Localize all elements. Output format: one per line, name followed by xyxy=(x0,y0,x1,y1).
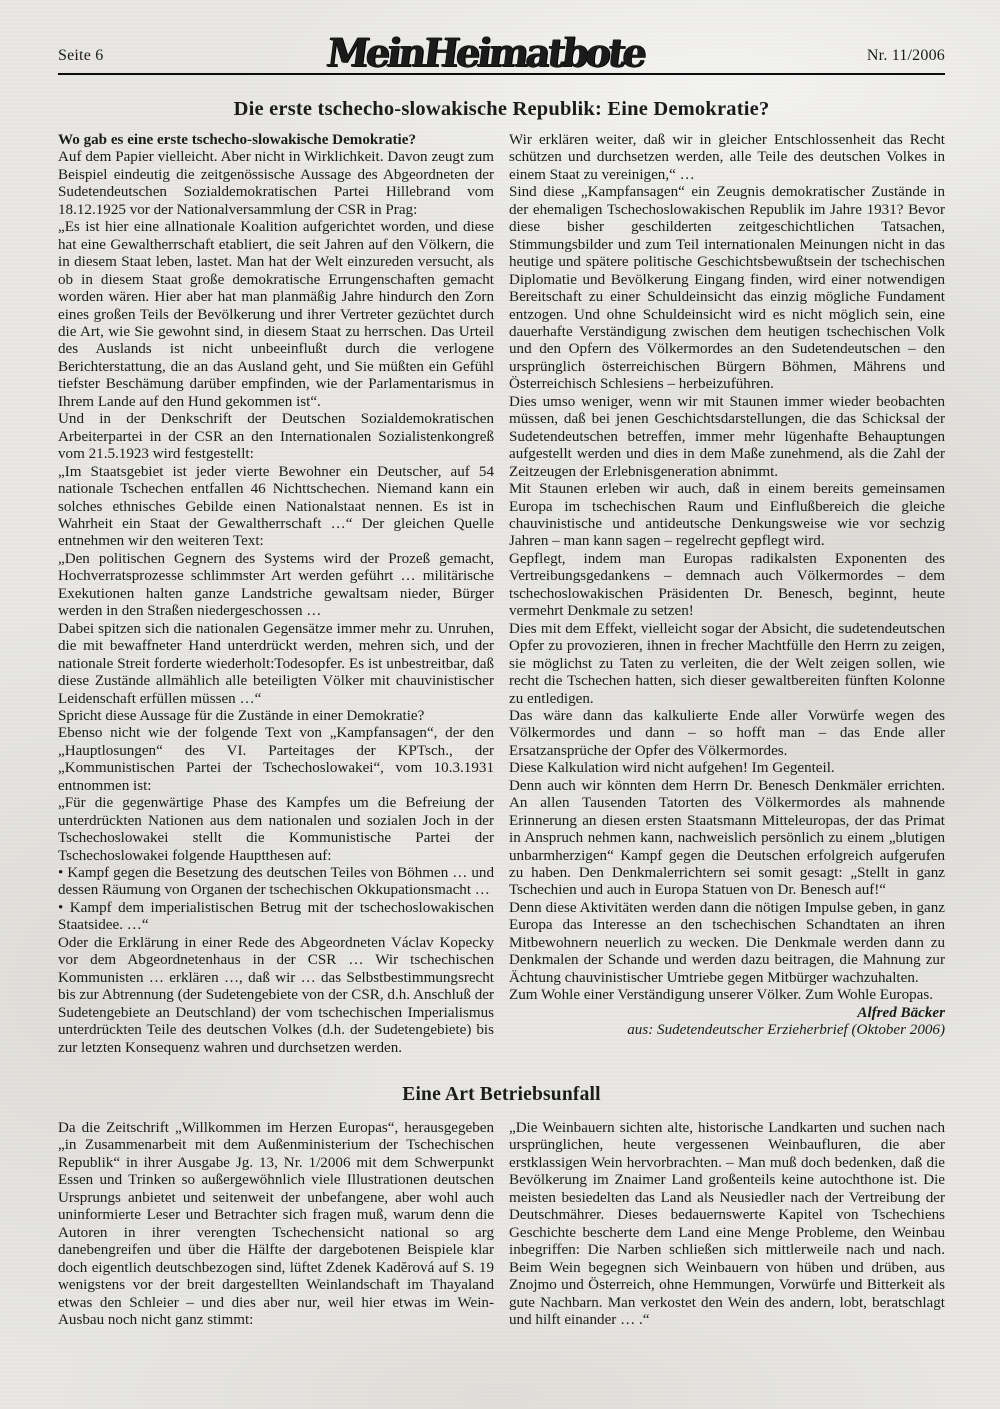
paragraph: Das wäre dann das kalkulierte Ende aller… xyxy=(509,708,945,760)
paragraph: Oder die Erklärung in einer Rede des Abg… xyxy=(58,935,494,1057)
paragraph: „Es ist hier eine allnationale Koalition… xyxy=(58,219,494,411)
article1-subheading: Wo gab es eine erste tschecho-slowakisch… xyxy=(58,132,494,149)
issue-number: Nr. 11/2006 xyxy=(867,47,945,66)
page: Seite 6 MeinHeimatbote Nr. 11/2006 Die e… xyxy=(0,0,1000,1409)
page-header: Seite 6 MeinHeimatbote Nr. 11/2006 xyxy=(58,26,945,66)
article2-columns: Da die Zeitschrift „Willkommen im Herzen… xyxy=(58,1120,945,1329)
byline: Alfred Bäcker xyxy=(509,1005,945,1022)
article1-columns: Wo gab es eine erste tschecho-slowakisch… xyxy=(58,132,945,1057)
paragraph: Denn diese Aktivitäten werden dann die n… xyxy=(509,900,945,987)
page-number: Seite 6 xyxy=(58,47,103,66)
paragraph: „Die Weinbauern sichten alte, historisch… xyxy=(509,1120,945,1329)
paragraph: Da die Zeitschrift „Willkommen im Herzen… xyxy=(58,1120,494,1329)
paragraph: Ebenso nicht wie der folgende Text von „… xyxy=(58,725,494,795)
paragraph: Gepflegt, indem man Europas radikalsten … xyxy=(509,551,945,621)
paragraph: „Im Staatsgebiet ist jeder vierte Bewohn… xyxy=(58,464,494,551)
paragraph: „Für die gegenwärtige Phase des Kampfes … xyxy=(58,795,494,865)
paragraph: Wir erklären weiter, daß wir in gleicher… xyxy=(509,132,945,184)
article2-right-column: „Die Weinbauern sichten alte, historisch… xyxy=(509,1120,945,1329)
paragraph: Und in der Denkschrift der Deutschen Soz… xyxy=(58,411,494,463)
paragraph: Spricht diese Aussage für die Zustände i… xyxy=(58,708,494,725)
source-credit: aus: Sudetendeutscher Erzieherbrief (Okt… xyxy=(509,1022,945,1039)
bullet-paragraph: • Kampf gegen die Besetzung des deutsche… xyxy=(58,865,494,900)
paragraph: Dabei spitzen sich die nationalen Gegens… xyxy=(58,621,494,708)
paragraph: Mit Staunen erleben wir auch, daß in ein… xyxy=(509,481,945,551)
article1-title: Die erste tschecho-slowakische Republik:… xyxy=(58,98,945,121)
paragraph: Sind diese „Kampfansagen“ ein Zeugnis de… xyxy=(509,184,945,393)
article-democracy: Die erste tschecho-slowakische Republik:… xyxy=(58,98,945,1057)
paragraph: „Den politischen Gegnern des Systems wir… xyxy=(58,551,494,621)
paragraph: Auf dem Papier vielleicht. Aber nicht in… xyxy=(58,149,494,219)
newspaper-page: { "header": { "page_label": "Seite 6", "… xyxy=(0,0,1000,1409)
paragraph: Denn auch wir könnten dem Herrn Dr. Bene… xyxy=(509,778,945,900)
article1-right-column: Wir erklären weiter, daß wir in gleicher… xyxy=(509,132,945,1057)
paragraph: Zum Wohle einer Verständigung unserer Vö… xyxy=(509,987,945,1004)
bullet-paragraph: • Kampf dem imperialistischen Betrug mit… xyxy=(58,900,494,935)
article2-title: Eine Art Betriebsunfall xyxy=(58,1084,945,1106)
article2-left-column: Da die Zeitschrift „Willkommen im Herzen… xyxy=(58,1120,494,1329)
paragraph: Dies mit dem Effekt, vielleicht sogar de… xyxy=(509,621,945,708)
paragraph: Dies umso weniger, wenn wir mit Staunen … xyxy=(509,394,945,481)
article-betriebsunfall: Eine Art Betriebsunfall Da die Zeitschri… xyxy=(58,1084,945,1329)
article1-left-column: Wo gab es eine erste tschecho-slowakisch… xyxy=(58,132,494,1057)
masthead-logo: MeinHeimatbote xyxy=(324,33,646,73)
paragraph: Diese Kalkulation wird nicht aufgehen! I… xyxy=(509,760,945,777)
